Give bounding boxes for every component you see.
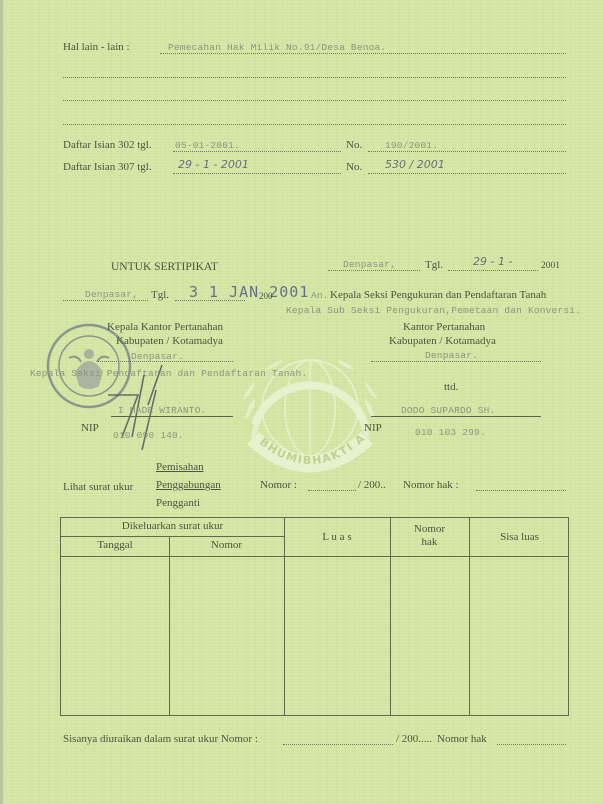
lihat-surat-ukur-label: Lihat surat ukur bbox=[63, 481, 133, 493]
right-date-line bbox=[448, 270, 538, 271]
lihat-year-label: / 200.. bbox=[358, 479, 386, 491]
certificate-page: Hal lain - lain : Pemecahan Hak Milik No… bbox=[0, 0, 603, 804]
daftar-isian-307-no: 530 / 2001 bbox=[385, 158, 445, 171]
left-name-line bbox=[111, 416, 233, 417]
th-sisa-luas: Sisa luas bbox=[469, 531, 570, 543]
daftar-isian-302-label: Daftar Isian 302 tgl. bbox=[63, 139, 152, 151]
surat-ukur-table: Dikeluarkan surat ukur Tanggal Nomor L u… bbox=[60, 517, 569, 716]
right-name-line bbox=[371, 416, 541, 417]
right-title-line1: Kepala Seksi Pengukuran dan Pendaftaran … bbox=[330, 289, 546, 301]
right-title-line2: Kantor Pertanahan bbox=[403, 321, 485, 333]
right-date: 29 - 1 - bbox=[473, 255, 512, 268]
daftar-isian-302-date-line bbox=[173, 151, 341, 152]
daftar-isian-307-label: Daftar Isian 307 tgl. bbox=[63, 161, 152, 173]
sisanya-label: Sisanya diuraikan dalam surat ukur Nomor… bbox=[63, 733, 258, 745]
left-tgl-label: Tgl. bbox=[151, 289, 169, 301]
col-divider-1 bbox=[169, 536, 170, 715]
right-city-line bbox=[371, 361, 541, 362]
th-dikeluarkan-surat-ukur: Dikeluarkan surat ukur bbox=[61, 520, 284, 532]
left-title-line1: Kepala Kantor Pertanahan bbox=[107, 321, 223, 333]
sisanya-nomor-hak-label: Nomor hak bbox=[437, 733, 487, 745]
left-place: Denpasar, bbox=[85, 289, 138, 300]
right-an-prefix: An. bbox=[311, 290, 329, 301]
hal-lain-label: Hal lain - lain : bbox=[63, 41, 130, 53]
sisanya-nomor-hak-line bbox=[497, 744, 566, 745]
col-divider-4 bbox=[469, 518, 470, 715]
left-name: I MADE WIRANTO. bbox=[118, 405, 207, 416]
bhumibhakti-adhiguna-logo-watermark: BHUMIBHAKTI ADHIGUNA bbox=[235, 330, 385, 480]
th-tanggal: Tanggal bbox=[61, 539, 169, 551]
right-name: DODO SUPARDO SH. bbox=[401, 405, 495, 416]
daftar-isian-302-no: 190/2001. bbox=[385, 140, 438, 151]
th-nomor-hak: Nomor hak bbox=[390, 523, 469, 549]
blank-line-1 bbox=[63, 77, 566, 78]
right-city: Denpasar. bbox=[425, 350, 478, 361]
right-title-line3: Kabupaten / Kotamadya bbox=[389, 335, 496, 347]
header-bottom-divider bbox=[61, 556, 568, 557]
option-pengganti: Pengganti bbox=[156, 497, 200, 509]
right-nip-label: NIP bbox=[364, 422, 382, 434]
daftar-isian-307-no-label: No. bbox=[346, 161, 362, 173]
group-header-divider bbox=[61, 536, 284, 537]
daftar-isian-307-date-line bbox=[173, 173, 341, 174]
col-divider-2 bbox=[284, 518, 285, 715]
lihat-nomor-label: Nomor : bbox=[260, 479, 297, 491]
hal-lain-value: Pemecahan Hak Milik No.91/Desa Benoa. bbox=[168, 42, 386, 53]
left-title-line2: Kabupaten / Kotamadya bbox=[116, 335, 223, 347]
left-stamp-date: 3 1 JAN 2001 bbox=[189, 283, 309, 301]
th-nomor: Nomor bbox=[169, 539, 284, 551]
left-place-line bbox=[63, 300, 148, 301]
sisanya-year-label: / 200..... bbox=[396, 733, 432, 745]
right-ttd: ttd. bbox=[444, 381, 458, 393]
lihat-nomor-hak-line bbox=[476, 490, 566, 491]
lihat-nomor-hak-label: Nomor hak : bbox=[403, 479, 459, 491]
option-pemisahan: Pemisahan bbox=[156, 461, 204, 473]
right-nip-value: 010 103 299. bbox=[415, 427, 486, 438]
daftar-isian-302-no-line bbox=[368, 151, 566, 152]
th-luas: L u a s bbox=[284, 531, 390, 543]
daftar-isian-307-date: 29 - 1 - 2001 bbox=[178, 158, 249, 171]
right-place: Denpasar, bbox=[343, 259, 396, 270]
blank-line-3 bbox=[63, 124, 566, 125]
right-year: 2001 bbox=[541, 261, 560, 271]
left-year-suffix: 200 bbox=[259, 291, 273, 301]
daftar-isian-307-no-line bbox=[368, 173, 566, 174]
right-typed-title: Kepala Sub Seksi Pengukuran,Pemetaan dan… bbox=[286, 305, 581, 316]
hal-lain-dotted-line bbox=[160, 53, 566, 54]
lihat-nomor-line bbox=[308, 490, 356, 491]
left-nip-value: 010 090 140. bbox=[113, 430, 184, 441]
left-nip-label: NIP bbox=[81, 422, 99, 434]
daftar-isian-302-no-label: No. bbox=[346, 139, 362, 151]
blank-line-2 bbox=[63, 100, 566, 101]
option-penggabungan: Penggabungan bbox=[156, 479, 221, 491]
right-tgl-label: Tgl. bbox=[425, 259, 443, 271]
untuk-sertipikat-heading: UNTUK SERTIPIKAT bbox=[111, 261, 218, 273]
daftar-isian-302-date: 05-01-2001. bbox=[175, 140, 240, 151]
right-place-line bbox=[328, 270, 420, 271]
sisanya-nomor-line bbox=[283, 744, 393, 745]
